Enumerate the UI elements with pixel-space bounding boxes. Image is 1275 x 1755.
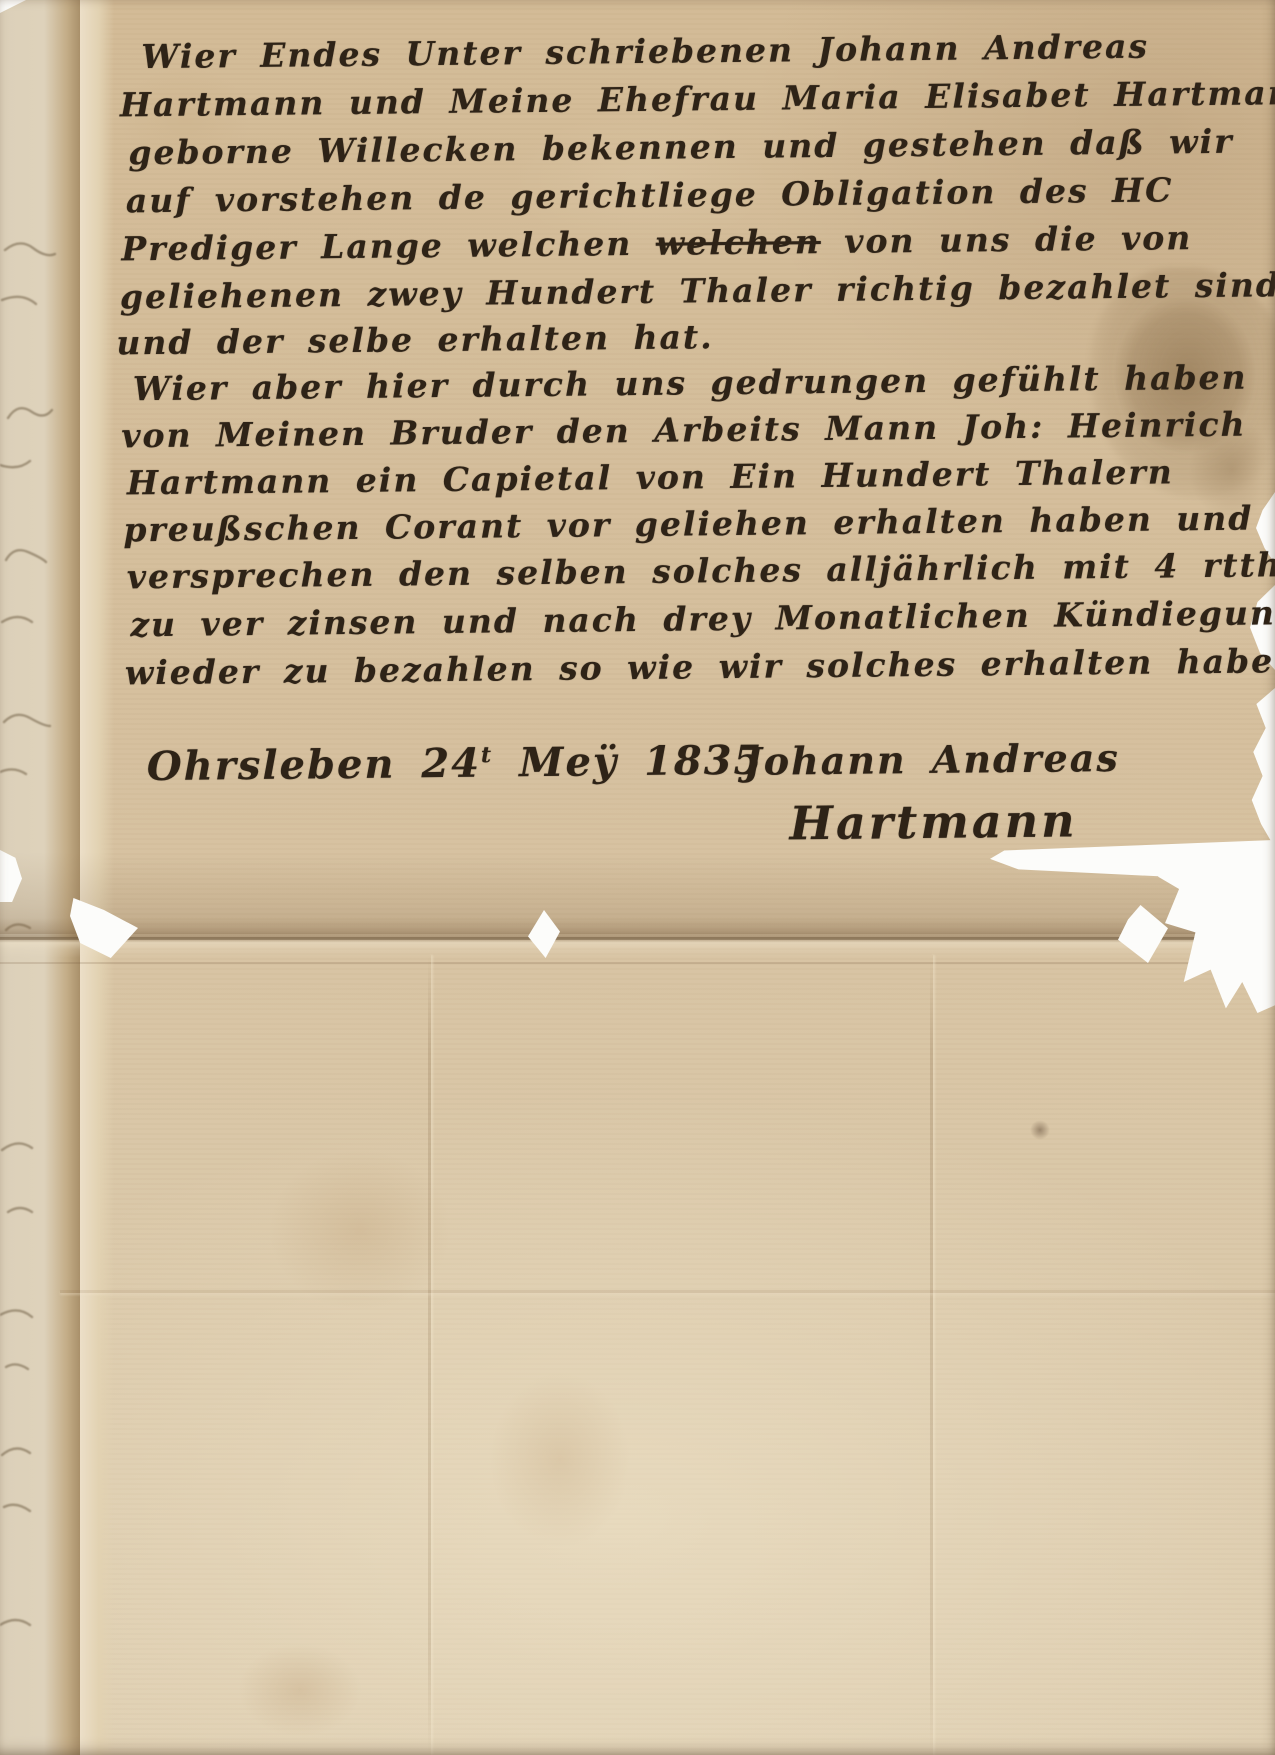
signature-surname: Hartmann xyxy=(789,793,1078,850)
handwriting-line-with-strikethrough: Prediger Lange welchen welchen von uns d… xyxy=(121,218,1192,268)
handwriting-line: Hartmann und Meine Ehefrau Maria Elisabe… xyxy=(120,73,1275,125)
scanned-document: Wier Endes Unter schriebenen Johann Andr… xyxy=(0,0,1275,1755)
strike-line-pre: Prediger Lange welchen xyxy=(121,224,632,268)
struck-word: welchen xyxy=(656,222,821,263)
dateline-day-suffix: t xyxy=(481,742,493,768)
handwriting-line: wieder zu bezahlen so wie wir solches er… xyxy=(125,641,1275,692)
dateline-month-year: Meÿ 1835 xyxy=(519,737,764,787)
handwriting-line: und der selbe erhalten hat. xyxy=(116,317,714,362)
handwriting-line: Hartmann ein Capietal von Ein Hundert Th… xyxy=(127,452,1174,502)
handwriting-line: Wier aber hier durch uns gedrungen gefüh… xyxy=(133,358,1248,409)
handwritten-text: Wier Endes Unter schriebenen Johann Andr… xyxy=(0,0,1275,1755)
signature-first-names: Johann Andreas xyxy=(744,735,1120,784)
handwriting-line: geborne Willecken bekennen und gestehen … xyxy=(128,122,1234,173)
handwriting-line: auf vorstehen de gerichtliege Obligation… xyxy=(126,170,1174,220)
dateline-place-day: Ohrsleben 24 xyxy=(147,740,482,790)
dateline: Ohrsleben 24t Meÿ 1835 xyxy=(147,737,764,790)
handwriting-line: versprechen den selben solches alljährli… xyxy=(127,545,1275,596)
handwriting-line: preußschen Corant vor geliehen erhalten … xyxy=(123,499,1253,550)
handwriting-line: Wier Endes Unter schriebenen Johann Andr… xyxy=(141,27,1149,77)
handwriting-line: zu ver zinsen und nach drey Monatlichen … xyxy=(130,593,1275,644)
strike-line-post: von uns die von xyxy=(844,218,1192,261)
handwriting-line: von Meinen Bruder den Arbeits Mann Joh: … xyxy=(121,405,1247,456)
handwriting-line: geliehenen zwey Hundert Thaler richtig b… xyxy=(120,265,1275,316)
